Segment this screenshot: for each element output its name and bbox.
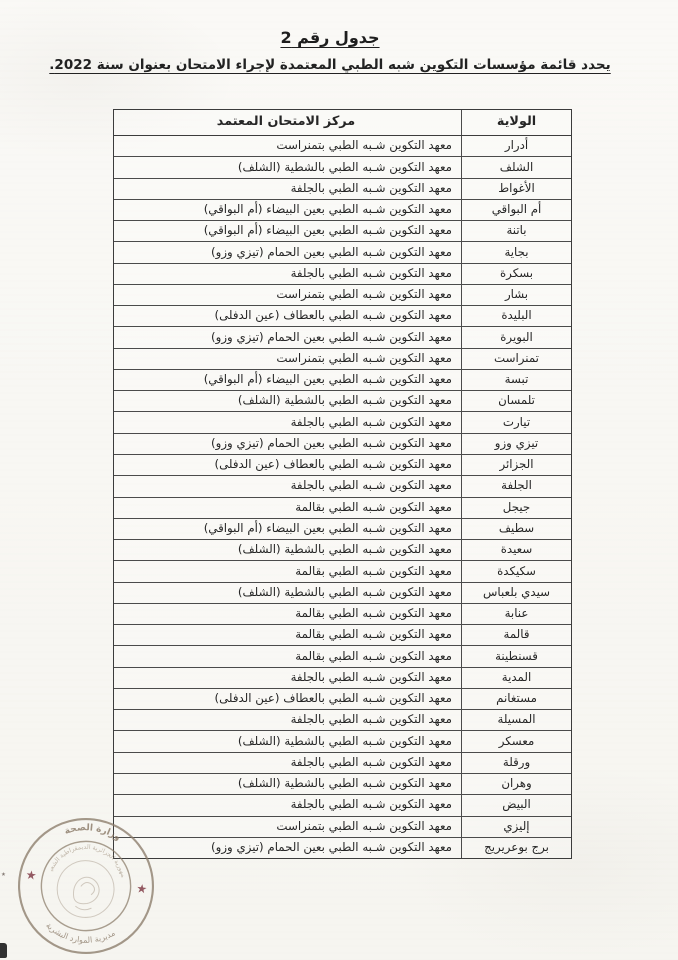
exam-center-cell: معهد التكوين شـبه الطبي بعين الحمام (تيز… xyxy=(114,327,461,347)
exam-center-cell: معهد التكوين شـبه الطبي بعين الحمام (تيز… xyxy=(114,838,461,858)
exam-centers-table: الولاية مركز الامتحان المعتمد أدرارمعهد … xyxy=(113,109,572,859)
exam-center-cell: معهد التكوين شـبه الطبي بالجلفة xyxy=(114,412,461,432)
exam-center-column-header: مركز الامتحان المعتمد xyxy=(114,110,461,135)
wilaya-cell: سعيدة xyxy=(461,540,571,560)
wilaya-cell: سطيف xyxy=(461,519,571,539)
table-row: المديةمعهد التكوين شـبه الطبي بالجلفة xyxy=(114,668,571,689)
wilaya-cell: الجزائر xyxy=(461,455,571,475)
table-row: برج بوعريريجمعهد التكوين شـبه الطبي بعين… xyxy=(114,838,571,858)
table-row: المسيلةمعهد التكوين شـبه الطبي بالجلفة xyxy=(114,710,571,731)
wilaya-cell: بجاية xyxy=(461,242,571,262)
exam-center-cell: معهد التكوين شـبه الطبي بقالمة xyxy=(114,604,461,624)
table-row: إليزيمعهد التكوين شـبه الطبي بتمنراست xyxy=(114,817,571,838)
wilaya-cell: بشار xyxy=(461,285,571,305)
table-row: أم البواقيمعهد التكوين شـبه الطبي بعين ا… xyxy=(114,200,571,221)
exam-center-cell: معهد التكوين شـبه الطبي بالعطاف (عين الد… xyxy=(114,689,461,709)
exam-center-cell: معهد التكوين شـبه الطبي بتمنراست xyxy=(114,136,461,156)
wilaya-cell: سكيكدة xyxy=(461,561,571,581)
exam-center-cell: معهد التكوين شـبه الطبي بالشطية (الشلف) xyxy=(114,391,461,411)
wilaya-cell: تمنراست xyxy=(461,349,571,369)
exam-center-cell: معهد التكوين شـبه الطبي بقالمة xyxy=(114,625,461,645)
wilaya-column-header: الولاية xyxy=(461,110,571,135)
table-row: أدرارمعهد التكوين شـبه الطبي بتمنراست xyxy=(114,136,571,157)
exam-center-cell: معهد التكوين شـبه الطبي بتمنراست xyxy=(114,817,461,837)
exam-center-cell: معهد التكوين شـبه الطبي بالجلفة xyxy=(114,795,461,815)
exam-center-cell: معهد التكوين شـبه الطبي بالشطية (الشلف) xyxy=(114,731,461,751)
exam-center-cell: معهد التكوين شـبه الطبي بالجلفة xyxy=(114,476,461,496)
exam-center-cell: معهد التكوين شـبه الطبي بالعطاف (عين الد… xyxy=(114,455,461,475)
table-row: سكيكدةمعهد التكوين شـبه الطبي بقالمة xyxy=(114,561,571,582)
wilaya-cell: ورقلة xyxy=(461,753,571,773)
table-row: عنابةمعهد التكوين شـبه الطبي بقالمة xyxy=(114,604,571,625)
document-title: جدول رقم 2 xyxy=(0,28,660,47)
table-row: تلمسانمعهد التكوين شـبه الطبي بالشطية (ا… xyxy=(114,391,571,412)
exam-center-cell: معهد التكوين شـبه الطبي بقالمة xyxy=(114,646,461,666)
wilaya-cell: تلمسان xyxy=(461,391,571,411)
table-row: الجزائرمعهد التكوين شـبه الطبي بالعطاف (… xyxy=(114,455,571,476)
table-row: وهرانمعهد التكوين شـبه الطبي بالشطية (ال… xyxy=(114,774,571,795)
exam-center-cell: معهد التكوين شـبه الطبي بالعطاف (عين الد… xyxy=(114,306,461,326)
stamp-emblem-ring xyxy=(54,857,117,920)
exam-center-cell: معهد التكوين شـبه الطبي بعين الحمام (تيز… xyxy=(114,434,461,454)
wilaya-cell: تيزي وزو xyxy=(461,434,571,454)
wilaya-cell: البويرة xyxy=(461,327,571,347)
wilaya-cell: قسنطينة xyxy=(461,646,571,666)
exam-center-cell: معهد التكوين شـبه الطبي بعين البيضاء (أم… xyxy=(114,221,461,241)
table-row: مستغانممعهد التكوين شـبه الطبي بالعطاف (… xyxy=(114,689,571,710)
table-row: قسنطينةمعهد التكوين شـبه الطبي بقالمة xyxy=(114,646,571,667)
exam-center-cell: معهد التكوين شـبه الطبي بالجلفة xyxy=(114,668,461,688)
exam-center-cell: معهد التكوين شـبه الطبي بالشطية (الشلف) xyxy=(114,157,461,177)
table-row: بسكرةمعهد التكوين شـبه الطبي بالجلفة xyxy=(114,264,571,285)
exam-center-cell: معهد التكوين شـبه الطبي بالجلفة xyxy=(114,710,461,730)
wilaya-cell: البيض xyxy=(461,795,571,815)
exam-center-cell: معهد التكوين شـبه الطبي بتمنراست xyxy=(114,285,461,305)
wilaya-cell: تبسة xyxy=(461,370,571,390)
wilaya-cell: المدية xyxy=(461,668,571,688)
table-row: سطيفمعهد التكوين شـبه الطبي بعين البيضاء… xyxy=(114,519,571,540)
table-row: الجلفةمعهد التكوين شـبه الطبي بالجلفة xyxy=(114,476,571,497)
wilaya-cell: تيارت xyxy=(461,412,571,432)
exam-center-cell: معهد التكوين شـبه الطبي بالشطية (الشلف) xyxy=(114,540,461,560)
exam-center-cell: معهد التكوين شـبه الطبي بقالمة xyxy=(114,498,461,518)
svg-text:مديرية الموارد البشرية: مديرية الموارد البشرية xyxy=(43,919,118,949)
wilaya-cell: مستغانم xyxy=(461,689,571,709)
wilaya-cell: معسكر xyxy=(461,731,571,751)
table-row: الأغواطمعهد التكوين شـبه الطبي بالجلفة xyxy=(114,179,571,200)
wilaya-cell: الجلفة xyxy=(461,476,571,496)
exam-center-cell: معهد التكوين شـبه الطبي بالجلفة xyxy=(114,753,461,773)
wilaya-cell: المسيلة xyxy=(461,710,571,730)
wilaya-cell: جيجل xyxy=(461,498,571,518)
table-row: سيدي بلعباسمعهد التكوين شـبه الطبي بالشط… xyxy=(114,583,571,604)
table-row: باتنةمعهد التكوين شـبه الطبي بعين البيضا… xyxy=(114,221,571,242)
stamp-left-star-icon: ★ xyxy=(25,868,38,883)
wilaya-cell: أم البواقي xyxy=(461,200,571,220)
exam-center-cell: معهد التكوين شـبه الطبي بعين البيضاء (أم… xyxy=(114,519,461,539)
table-row: البيضمعهد التكوين شـبه الطبي بالجلفة xyxy=(114,795,571,816)
table-row: تيزي وزومعهد التكوين شـبه الطبي بعين الح… xyxy=(114,434,571,455)
stamp-bottom-text: مديرية الموارد البشرية xyxy=(43,919,118,949)
table-row: الشلفمعهد التكوين شـبه الطبي بالشطية (ال… xyxy=(114,157,571,178)
exam-center-cell: معهد التكوين شـبه الطبي بعين الحمام (تيز… xyxy=(114,242,461,262)
scanned-document-page: جدول رقم 2 يحدد قائمة مؤسسات التكوين شبه… xyxy=(0,0,678,960)
document-subtitle: يحدد قائمة مؤسسات التكوين شبه الطبي المع… xyxy=(0,57,660,73)
exam-center-cell: معهد التكوين شـبه الطبي بالجلفة xyxy=(114,179,461,199)
wilaya-cell: سيدي بلعباس xyxy=(461,583,571,603)
wilaya-cell: قالمة xyxy=(461,625,571,645)
wilaya-cell: الشلف xyxy=(461,157,571,177)
table-row: قالمةمعهد التكوين شـبه الطبي بقالمة xyxy=(114,625,571,646)
corner-ink-mark xyxy=(0,943,7,958)
wilaya-cell: أدرار xyxy=(461,136,571,156)
table-header-row: الولاية مركز الامتحان المعتمد xyxy=(114,110,571,136)
exam-center-cell: معهد التكوين شـبه الطبي بعين البيضاء (أم… xyxy=(114,200,461,220)
exam-center-cell: معهد التكوين شـبه الطبي بقالمة xyxy=(114,561,461,581)
stamp-right-star-icon: ★ xyxy=(136,881,149,896)
exam-center-cell: معهد التكوين شـبه الطبي بتمنراست xyxy=(114,349,461,369)
table-row: معسكرمعهد التكوين شـبه الطبي بالشطية (ال… xyxy=(114,731,571,752)
wilaya-cell: الأغواط xyxy=(461,179,571,199)
table-row: سعيدةمعهد التكوين شـبه الطبي بالشطية (ال… xyxy=(114,540,571,561)
exam-center-cell: معهد التكوين شـبه الطبي بعين البيضاء (أم… xyxy=(114,370,461,390)
table-row: تمنراستمعهد التكوين شـبه الطبي بتمنراست xyxy=(114,349,571,370)
exam-center-cell: معهد التكوين شـبه الطبي بالشطية (الشلف) xyxy=(114,583,461,603)
table-row: تبسةمعهد التكوين شـبه الطبي بعين البيضاء… xyxy=(114,370,571,391)
wilaya-cell: إليزي xyxy=(461,817,571,837)
exam-center-cell: معهد التكوين شـبه الطبي بالجلفة xyxy=(114,264,461,284)
table-row: ورقلةمعهد التكوين شـبه الطبي بالجلفة xyxy=(114,753,571,774)
table-row: جيجلمعهد التكوين شـبه الطبي بقالمة xyxy=(114,498,571,519)
wilaya-cell: باتنة xyxy=(461,221,571,241)
table-row: البويرةمعهد التكوين شـبه الطبي بعين الحم… xyxy=(114,327,571,348)
stamp-emblem-scribble xyxy=(72,876,101,912)
table-row: البليدةمعهد التكوين شـبه الطبي بالعطاف (… xyxy=(114,306,571,327)
table-row: بجايةمعهد التكوين شـبه الطبي بعين الحمام… xyxy=(114,242,571,263)
wilaya-cell: بسكرة xyxy=(461,264,571,284)
wilaya-cell: وهران xyxy=(461,774,571,794)
wilaya-cell: عنابة xyxy=(461,604,571,624)
exam-center-cell: معهد التكوين شـبه الطبي بالشطية (الشلف) xyxy=(114,774,461,794)
wilaya-cell: برج بوعريريج xyxy=(461,838,571,858)
table-row: بشارمعهد التكوين شـبه الطبي بتمنراست xyxy=(114,285,571,306)
table-row: تيارتمعهد التكوين شـبه الطبي بالجلفة xyxy=(114,412,571,433)
wilaya-cell: البليدة xyxy=(461,306,571,326)
scan-artifact-mark: ٭ xyxy=(1,870,6,880)
